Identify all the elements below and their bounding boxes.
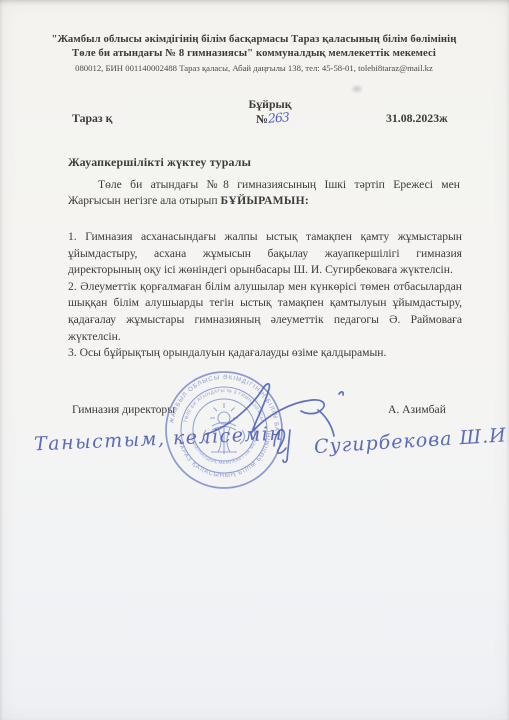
clause-3: 3. Осы бұйрықтың орындалуын қадағалауды … — [68, 345, 462, 362]
org-name-line1: "Жамбыл облысы әкімдігінің білім басқарм… — [34, 33, 474, 47]
order-number: №263 — [256, 111, 289, 127]
order-title: Жауапкершілікті жүктеу туралы — [68, 155, 251, 170]
order-clauses: 1. Гимназия асханасындағы жалпы ыстық та… — [68, 229, 462, 362]
signatory-name: А. Азимбай — [388, 403, 446, 416]
order-preamble: Төле би атындағы №8 гимназиясының Ішкі т… — [68, 177, 460, 210]
letterhead: "Жамбыл облысы әкімдігінің білім басқарм… — [34, 33, 474, 76]
number-sign: № — [256, 112, 268, 126]
signatory-role: Гимназия директоры — [72, 403, 175, 416]
handwritten-order-number: 263 — [267, 109, 289, 125]
org-address-line: 080012, БИН 001140002488 Тараз қаласы, А… — [34, 62, 474, 76]
order-city: Тараз қ — [72, 111, 112, 126]
preamble-order-word: БҰЙЫРАМЫН: — [220, 194, 309, 207]
clause-1: 1. Гимназия асханасындағы жалпы ыстық та… — [68, 229, 462, 279]
org-name-line2: Төле би атындағы № 8 гимназиясы" коммуна… — [34, 47, 474, 61]
clause-2: 2. Әлеуметтік қорғалмаған білім алушылар… — [68, 279, 462, 345]
scan-artifact — [350, 84, 364, 94]
doc-type-heading: Бұйрық — [0, 97, 509, 112]
order-date: 31.08.2023ж — [386, 111, 448, 126]
scanned-order-document: "Жамбыл облысы әкімдігінің білім басқарм… — [0, 0, 509, 720]
